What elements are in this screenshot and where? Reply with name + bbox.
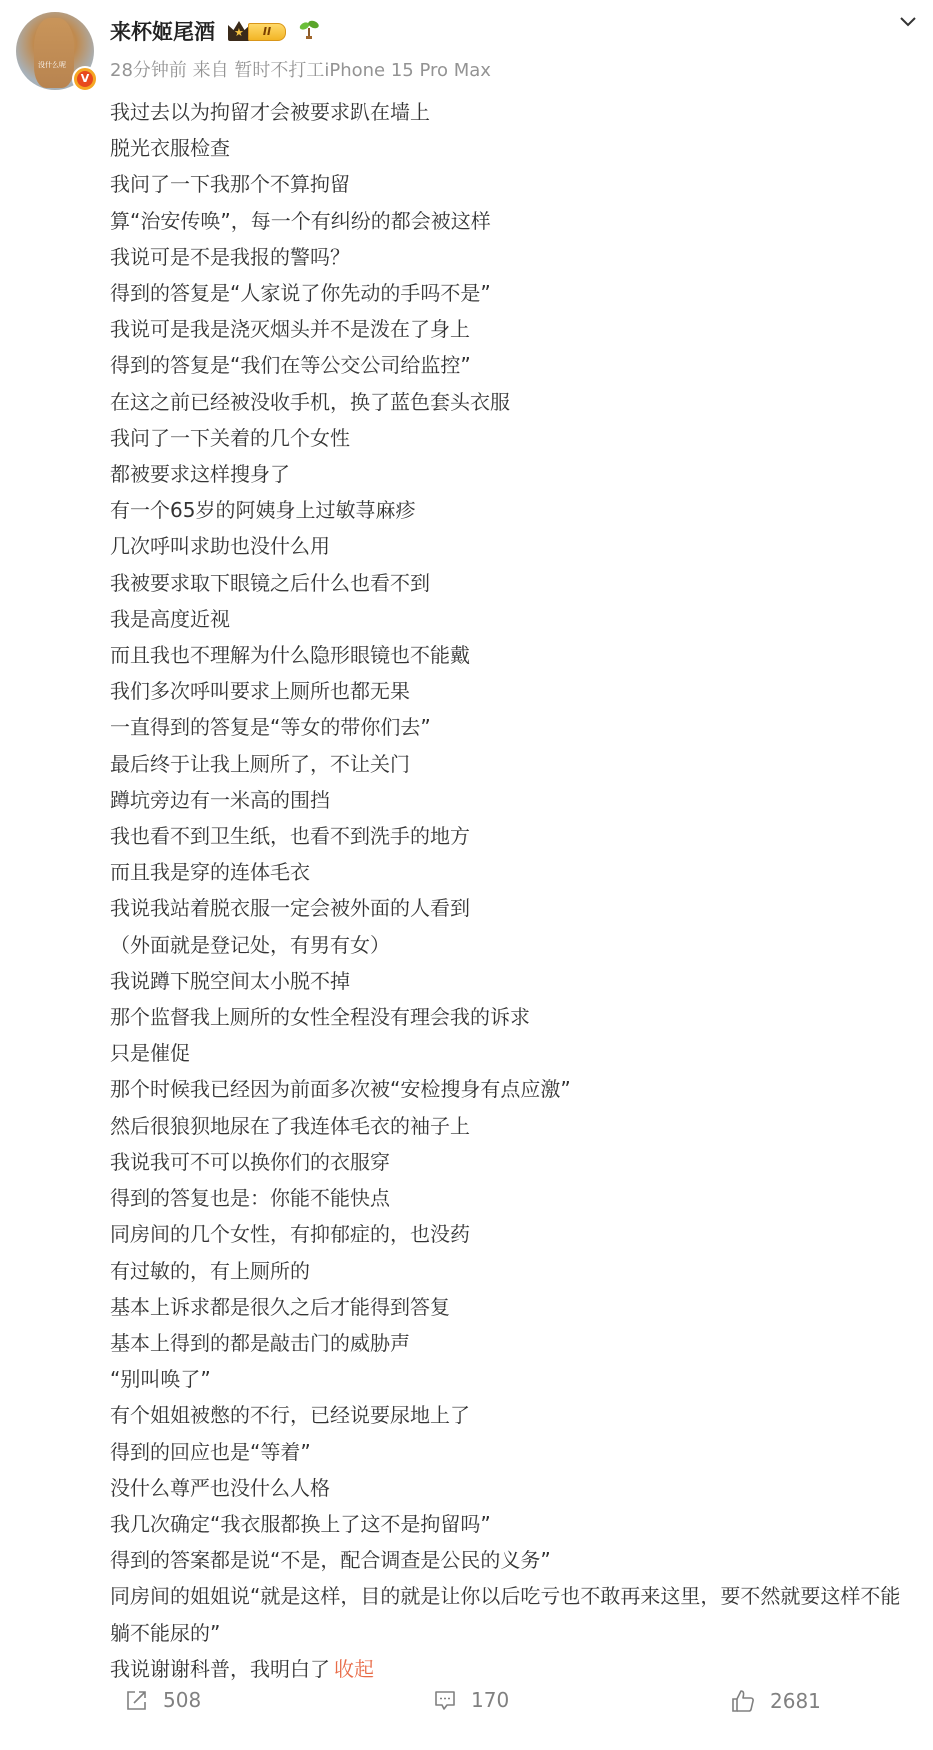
post-line: 我说我站着脱衣服一定会被外面的人看到	[110, 890, 920, 926]
post-line: 我几次确定“我衣服都换上了这不是拘留吗”	[110, 1506, 920, 1542]
level-badge: II	[248, 23, 286, 41]
post-line: 最后终于让我上厕所了，不让关门	[110, 746, 920, 782]
post-header: 没什么呢 V 来杯姬尾酒 ★ II 28分钟前 来自 暂时不打工iPhone 1…	[0, 0, 933, 100]
avatar-caption: 没什么呢	[38, 60, 66, 70]
like-button[interactable]: 2681	[730, 1688, 821, 1714]
post-line: 几次呼叫求助也没什么用	[110, 528, 920, 564]
post-line: 得到的答复是“人家说了你先动的手吗不是”	[110, 275, 920, 311]
thumbs-up-icon	[730, 1688, 756, 1714]
post-line: 而且我也不理解为什么隐形眼镜也不能戴	[110, 637, 920, 673]
post-line: 我们多次呼叫要求上厕所也都无果	[110, 673, 920, 709]
post-line: 我说我可不可以换你们的衣服穿	[110, 1144, 920, 1180]
post-line: 在这之前已经被没收手机，换了蓝色套头衣服	[110, 384, 920, 420]
post-line: 我是高度近视	[110, 601, 920, 637]
post-line: 同房间的几个女性，有抑郁症的，也没药	[110, 1216, 920, 1252]
post-line: 我被要求取下眼镜之后什么也看不到	[110, 565, 920, 601]
post-line: 那个监督我上厕所的女性全程没有理会我的诉求	[110, 999, 920, 1035]
post-line: 得到的答案都是说“不是，配合调查是公民的义务”	[110, 1542, 920, 1578]
post-line: 得到的答复也是：你能不能快点	[110, 1180, 920, 1216]
post-line: 一直得到的答复是“等女的带你们去”	[110, 709, 920, 745]
post-line: 没什么尊严也没什么人格	[110, 1470, 920, 1506]
post-line: 我说可是我是浇灭烟头并不是泼在了身上	[110, 311, 920, 347]
post-line: （外面就是登记处，有男有女）	[110, 927, 920, 963]
post-line: 我过去以为拘留才会被要求趴在墙上	[110, 94, 920, 130]
star-icon: ★	[234, 26, 244, 39]
post-line: 我说谢谢科普，我明白了	[110, 1657, 330, 1681]
post-line: 同房间的姐姐说“就是这样，目的就是让你以后吃亏也不敢再来这里，要不然就要这样不能…	[110, 1578, 920, 1650]
post-line: 得到的回应也是“等着”	[110, 1434, 920, 1470]
post-line: 我问了一下我那个不算拘留	[110, 166, 920, 202]
action-bar: 508 170 2681	[0, 1680, 933, 1730]
comment-icon	[433, 1688, 457, 1712]
sprout-icon[interactable]	[298, 18, 320, 45]
post-line: 有个姐姐被憋的不行，已经说要尿地上了	[110, 1397, 920, 1433]
repost-button[interactable]: 508	[125, 1688, 201, 1712]
post-line: 我也看不到卫生纸，也看不到洗手的地方	[110, 818, 920, 854]
cat-avatar-icon	[34, 18, 74, 88]
post-line: 有一个65岁的阿姨身上过敏荨麻疹	[110, 492, 920, 528]
repost-count: 508	[163, 1688, 201, 1712]
share-icon	[125, 1688, 149, 1712]
post-line: 算“治安传唤”，每一个有纠纷的都会被这样	[110, 203, 920, 239]
chevron-down-icon[interactable]	[896, 10, 920, 34]
post-line: 蹲坑旁边有一米高的围挡	[110, 782, 920, 818]
post-meta: 28分钟前 来自 暂时不打工iPhone 15 Pro Max	[110, 56, 491, 82]
post-line: 基本上诉求都是很久之后才能得到答复	[110, 1289, 920, 1325]
post-body: 我过去以为拘留才会被要求趴在墙上 脱光衣服检查 我问了一下我那个不算拘留 算“治…	[110, 94, 920, 1687]
post-line: 得到的答复是“我们在等公交公司给监控”	[110, 347, 920, 383]
author-name[interactable]: 来杯姬尾酒	[110, 16, 215, 46]
verified-badge-icon: V	[72, 66, 98, 92]
post-line: 都被要求这样搜身了	[110, 456, 920, 492]
comment-count: 170	[471, 1688, 509, 1712]
post-line: 有过敏的，有上厕所的	[110, 1253, 920, 1289]
post-line: “别叫唤了”	[110, 1361, 920, 1397]
post-line: 然后很狼狈地尿在了我连体毛衣的袖子上	[110, 1108, 920, 1144]
collapse-link[interactable]: 收起	[334, 1657, 374, 1681]
member-crown-badge[interactable]: ★ II	[228, 20, 288, 42]
post-line: 基本上得到的都是敲击门的威胁声	[110, 1325, 920, 1361]
post-line: 脱光衣服检查	[110, 130, 920, 166]
post-line: 那个时候我已经因为前面多次被“安检搜身有点应激”	[110, 1071, 920, 1107]
post-line: 我说可是不是我报的警吗？	[110, 239, 920, 275]
like-count: 2681	[770, 1689, 821, 1713]
post-line: 我问了一下关着的几个女性	[110, 420, 920, 456]
post-line: 而且我是穿的连体毛衣	[110, 854, 920, 890]
comment-button[interactable]: 170	[433, 1688, 509, 1712]
post-line: 我说蹲下脱空间太小脱不掉	[110, 963, 920, 999]
post-line: 只是催促	[110, 1035, 920, 1071]
